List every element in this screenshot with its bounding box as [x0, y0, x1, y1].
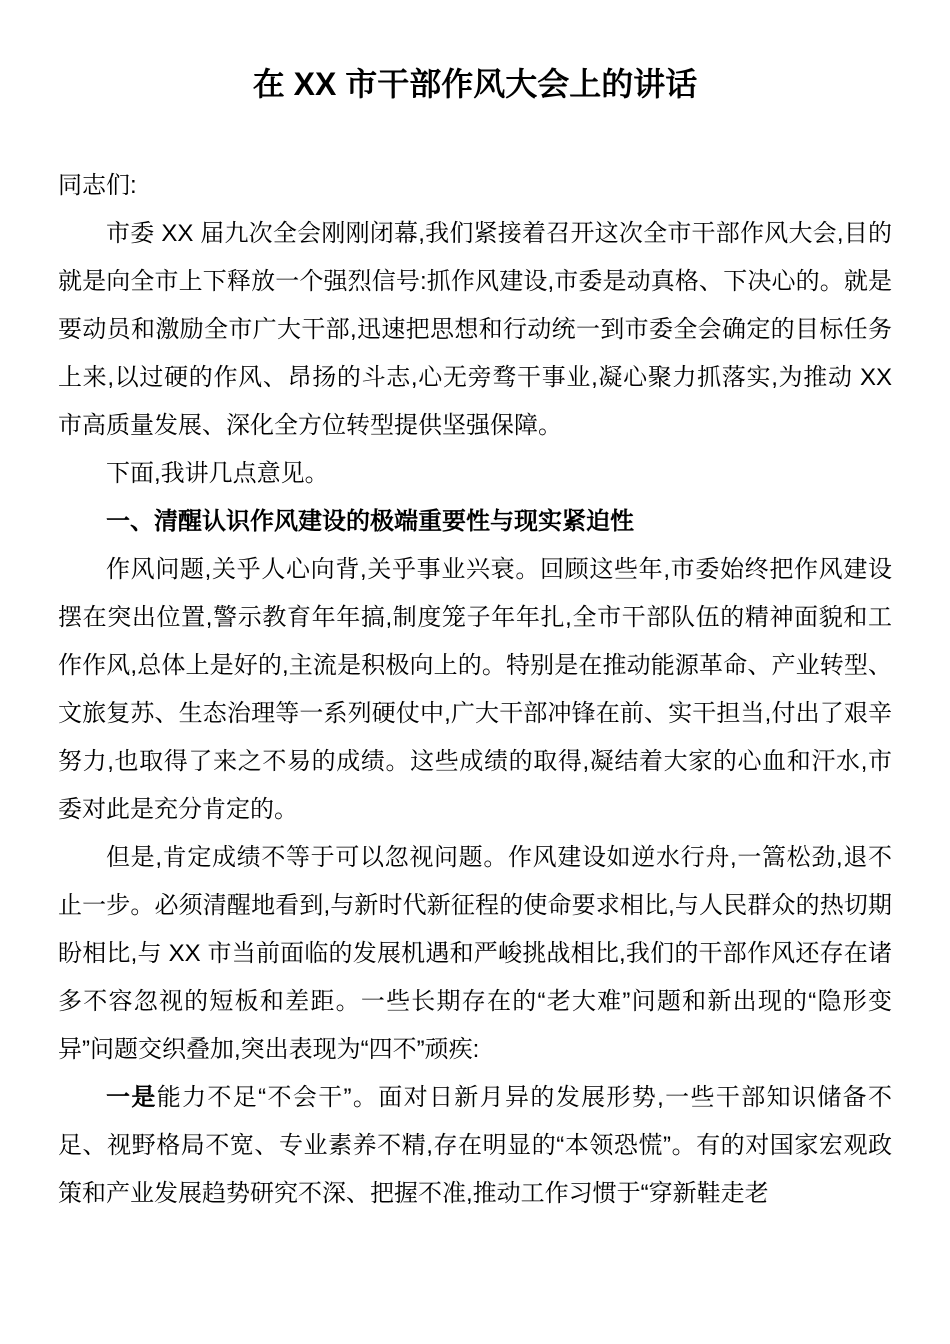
- paragraph-achievements: 作风问题,关乎人心向背,关乎事业兴衰。回顾这些年,市委始终把作风建设摆在突出位置…: [58, 546, 892, 834]
- document-title: 在 XX 市干部作风大会上的讲话: [58, 60, 892, 108]
- document-page: 在 XX 市干部作风大会上的讲话 同志们: 市委 XX 届九次全会刚刚闭幕,我们…: [0, 0, 950, 1344]
- point-one-text: 能力不足“不会干”。面对日新月异的发展形势,一些干部知识储备不足、视野格局不宽、…: [58, 1084, 892, 1207]
- paragraph-problems: 但是,肯定成绩不等于可以忽视问题。作风建设如逆水行舟,一篙松劲,退不止一步。必须…: [58, 834, 892, 1074]
- salutation: 同志们:: [58, 162, 892, 210]
- point-one-lead: 一是: [106, 1084, 157, 1111]
- paragraph-point-one: 一是能力不足“不会干”。面对日新月异的发展形势,一些干部知识储备不足、视野格局不…: [58, 1074, 892, 1218]
- paragraph-transition: 下面,我讲几点意见。: [58, 450, 892, 498]
- paragraph-opening: 市委 XX 届九次全会刚刚闭幕,我们紧接着召开这次全市干部作风大会,目的就是向全…: [58, 210, 892, 450]
- document-body: 同志们: 市委 XX 届九次全会刚刚闭幕,我们紧接着召开这次全市干部作风大会,目…: [58, 162, 892, 1218]
- section-1-heading: 一、清醒认识作风建设的极端重要性与现实紧迫性: [58, 498, 892, 546]
